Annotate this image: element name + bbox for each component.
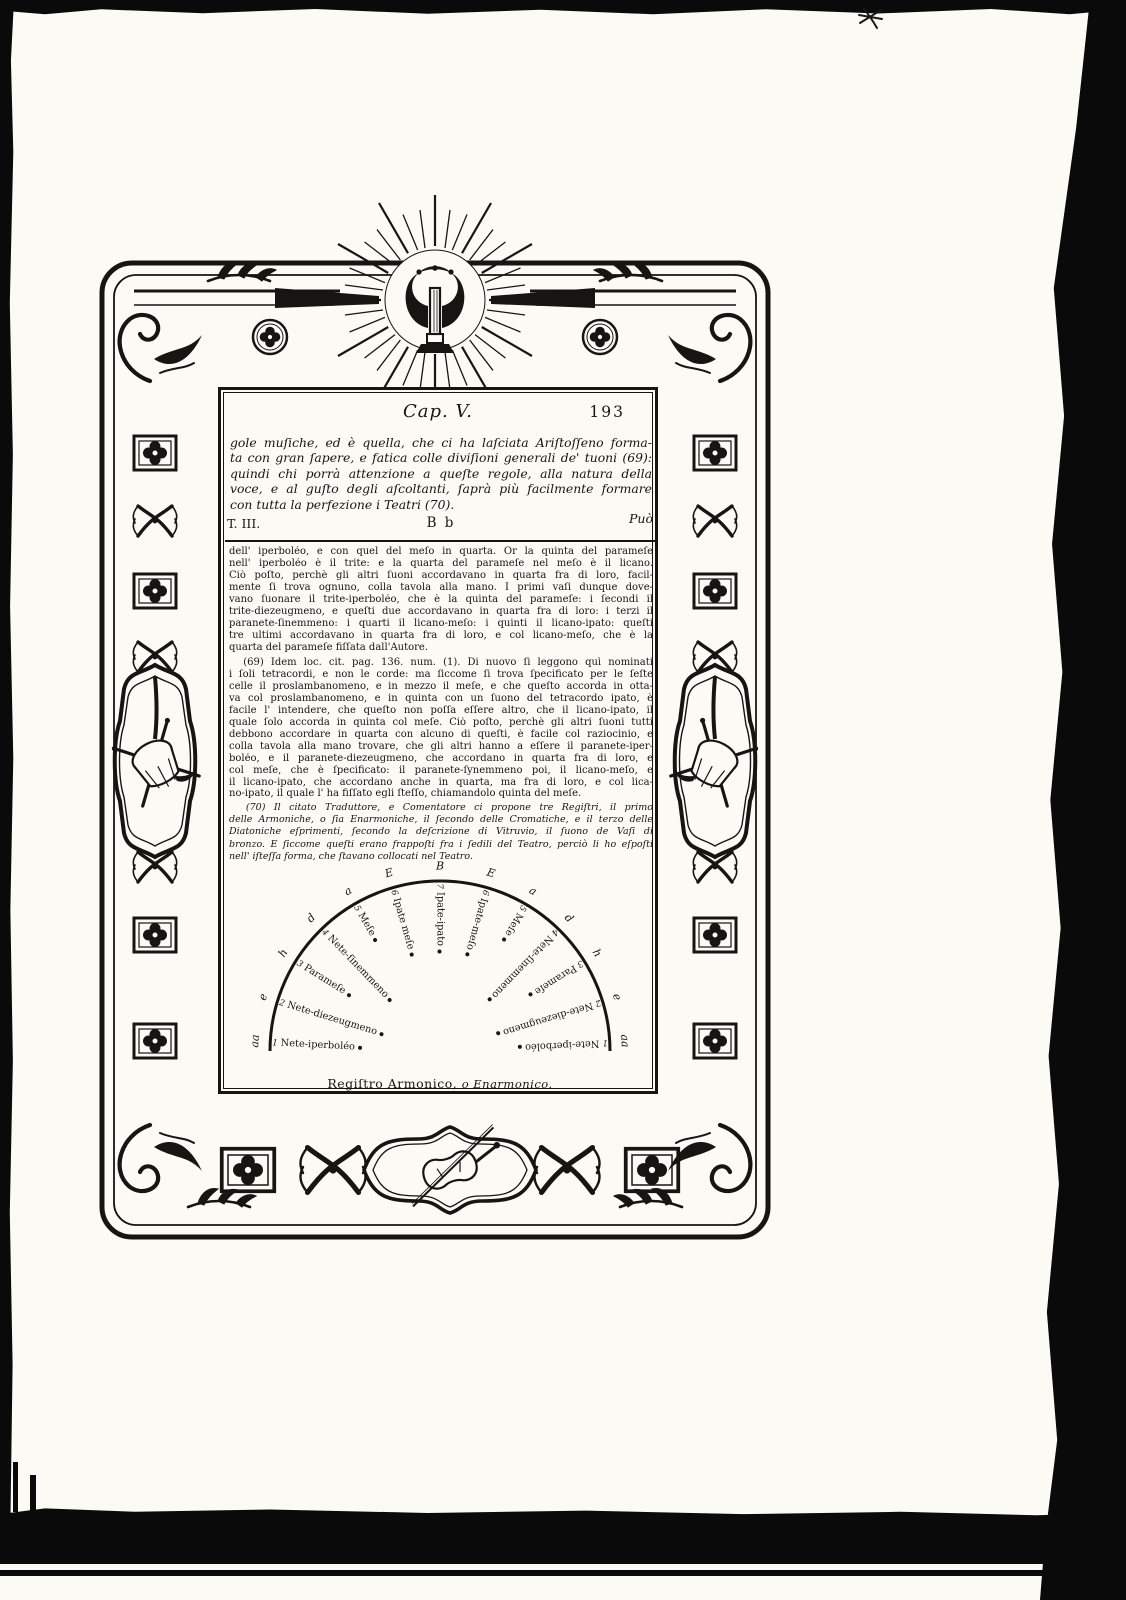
vase-dot — [518, 1045, 522, 1049]
signature-row: T. III. B b Può — [227, 515, 655, 531]
text-line: trite-diezeugmeno, e queſti due accordav… — [229, 606, 653, 618]
signature-gathering: B b — [227, 515, 655, 531]
scan-edge-bottom-line — [0, 1570, 1126, 1576]
diagram-caption: Regiſtro Armonico, o Enarmonico. — [221, 1076, 659, 1091]
spoke-label: 5Meſe — [434, 901, 530, 1055]
drum-cartouche-icon — [670, 665, 759, 857]
spoke-label: 7Ipate-ipato — [434, 882, 447, 1052]
text-line: nell' iperboléo è il trite: e la quarta … — [229, 558, 653, 570]
text-line: quale ſolo accorda in quinta col meſe. C… — [229, 717, 653, 729]
spoke-label: 2Nete-diezeugmeno — [276, 996, 442, 1058]
text-line: bronzo. E ſiccome queſti erano frappoſti… — [229, 839, 653, 851]
text-line: delle Armoniche, o ſia Enarmoniche, il ſ… — [229, 814, 653, 826]
spoke-label: 6Ipate meſe — [387, 886, 446, 1053]
text-line: vano ſuonare il trite-iperboléo, che è l… — [229, 594, 653, 606]
text-line: celle il proslambanomeno, e in mezzo il … — [229, 681, 653, 693]
vase-dot — [502, 937, 507, 942]
scan-edge-right — [1040, 0, 1126, 1600]
vase-dot — [358, 1045, 362, 1049]
right-border-column — [670, 436, 759, 1058]
corner-scroll-icon — [120, 315, 202, 381]
text-line: dell' iperboléo, e con quel del meſo in … — [229, 546, 653, 558]
text-line: con tutta la perfezione i Teatri (70). — [230, 497, 652, 512]
spoke-label: 1Nete-iperboléo — [270, 1036, 440, 1058]
text-line: col meſe, che è ſpecificato: il paranete… — [229, 765, 653, 777]
page-frame: Cap. V. 193 gole muſiche, ed è quella, c… — [88, 195, 782, 1255]
spoke-label: 6Ipate-meſo — [434, 886, 493, 1053]
violin-cartouche-icon — [364, 1124, 536, 1213]
spoke-label: 2Nete-diezeugmeno — [438, 996, 604, 1058]
footnote-70: (70) Il citato Traduttore, e Comentatore… — [229, 802, 653, 863]
pitch-letter: e — [256, 992, 270, 1002]
scan-edge-bottom — [0, 1506, 1126, 1564]
pitch-letter: d — [562, 911, 576, 925]
pitch-letter: a — [527, 884, 539, 899]
text-line: nell' iſteſſa forma, che ſtavano colloca… — [229, 851, 653, 863]
rosette-icon — [253, 320, 287, 354]
corner-scroll-icon — [120, 1125, 202, 1191]
scan-edge-left — [0, 0, 14, 1516]
lyre-sunburst-icon — [275, 195, 595, 412]
corner-scroll-icon — [668, 1125, 750, 1191]
scan-streak — [30, 1475, 36, 1513]
vase-dot — [410, 952, 415, 957]
text-line: facile l' intendere, che queſto non poſſ… — [229, 705, 653, 717]
text-line: colla tavola alla mano trovare, che gli … — [229, 741, 653, 753]
footnote-69: (69) Idem loc. cit. pag. 136. num. (1). … — [229, 657, 653, 800]
caption-roman: Regiſtro Armonico, — [327, 1076, 457, 1091]
text-line: quindi chi porrà attenzione a queſte reg… — [230, 466, 652, 481]
text-panel: Cap. V. 193 gole muſiche, ed è quella, c… — [218, 387, 658, 1094]
body-paragraph: gole muſiche, ed è quella, che ci ha laſ… — [230, 435, 652, 512]
drum-cartouche-icon — [111, 665, 200, 857]
spoke-label: 3Parameſe — [437, 956, 588, 1057]
text-line: il licano-ipato, che accordano anche in … — [229, 777, 653, 789]
corner-scroll-icon — [668, 315, 750, 381]
text-line: i ſoli tetracordi, e non le corde: ma ſi… — [229, 669, 653, 681]
pen-mark-icon — [856, 4, 886, 34]
spoke-label: 4Nete-ſinemmeno — [435, 925, 562, 1056]
bottom-border-band — [120, 1124, 751, 1213]
pitch-letter: e — [610, 992, 624, 1002]
rosette-icon — [583, 320, 617, 354]
text-line: no-ipato, il quale l' ha fiſſato egli ſt… — [229, 788, 653, 800]
scan-edge-top — [0, 0, 1126, 15]
pitch-letter: aa — [248, 1034, 262, 1048]
pitch-letter: E — [485, 866, 496, 881]
vase-dot — [438, 949, 442, 953]
spoke-label: 3Parameſe — [292, 956, 443, 1057]
vase-dot — [528, 992, 534, 998]
text-line: voce, e al guſto degli aſcoltanti, ſaprà… — [230, 481, 652, 496]
text-line: ta con gran ſapere, e fatica colle diviſ… — [230, 450, 652, 465]
vase-dot — [387, 997, 393, 1003]
spoke-label: 5Meſe — [349, 901, 445, 1055]
footnote-rule — [225, 540, 655, 542]
vase-dot — [346, 992, 352, 998]
vase-dot — [373, 937, 378, 942]
spoke-label: 4Nete-ſinemmeno — [317, 925, 444, 1056]
vase-dot — [496, 1031, 501, 1036]
text-line: paranete-ſinemmeno: i quarti il licano-m… — [229, 618, 653, 630]
text-line: (69) Idem loc. cit. pag. 136. num. (1). … — [229, 657, 653, 669]
text-line: tre ultimi accordavano in quarta fra di … — [229, 630, 653, 642]
pitch-letter: a — [342, 884, 354, 899]
scanned-page: Cap. V. 193 gole muſiche, ed è quella, c… — [0, 0, 1126, 1600]
text-line: (70) Il citato Traduttore, e Comentatore… — [229, 802, 653, 814]
text-line: debbono accordare in quarta con alcuno d… — [229, 729, 653, 741]
spoke-label: 1Nete-iperboléo — [440, 1036, 610, 1058]
text-line: Diatoniche eſprimenti, ſecondo la deſcri… — [229, 826, 653, 838]
pitch-letter: d — [304, 911, 318, 925]
text-line: boléo, e il paranete-diezeugmeno, che ac… — [229, 753, 653, 765]
scan-streak — [13, 1462, 18, 1512]
footnote-continuation: dell' iperboléo, e con quel del meſo in … — [229, 546, 653, 654]
vase-dot — [487, 997, 493, 1003]
text-line: quarta del parameſe fiſſata dall'Autore. — [229, 642, 653, 654]
pitch-letter: aa — [618, 1034, 632, 1048]
vase-dot — [465, 952, 470, 957]
pitch-letter: h — [276, 947, 291, 960]
text-line: va col proslambanomeno, e in quinta con … — [229, 693, 653, 705]
left-border-column — [111, 436, 200, 1058]
caption-italic: o Enarmonico. — [462, 1077, 553, 1091]
text-line: gole muſiche, ed è quella, che ci ha laſ… — [230, 435, 652, 450]
vase-dot — [379, 1031, 384, 1036]
catchword: Può — [629, 511, 653, 526]
text-line: mente ſi trova ognuno, colla tavola alla… — [229, 582, 653, 594]
text-line: Ciò poſto, perchè gli altri ſuoni accord… — [229, 570, 653, 582]
pitch-letter: h — [590, 947, 605, 960]
pitch-letter: E — [383, 866, 394, 881]
page-number: 193 — [589, 403, 625, 421]
